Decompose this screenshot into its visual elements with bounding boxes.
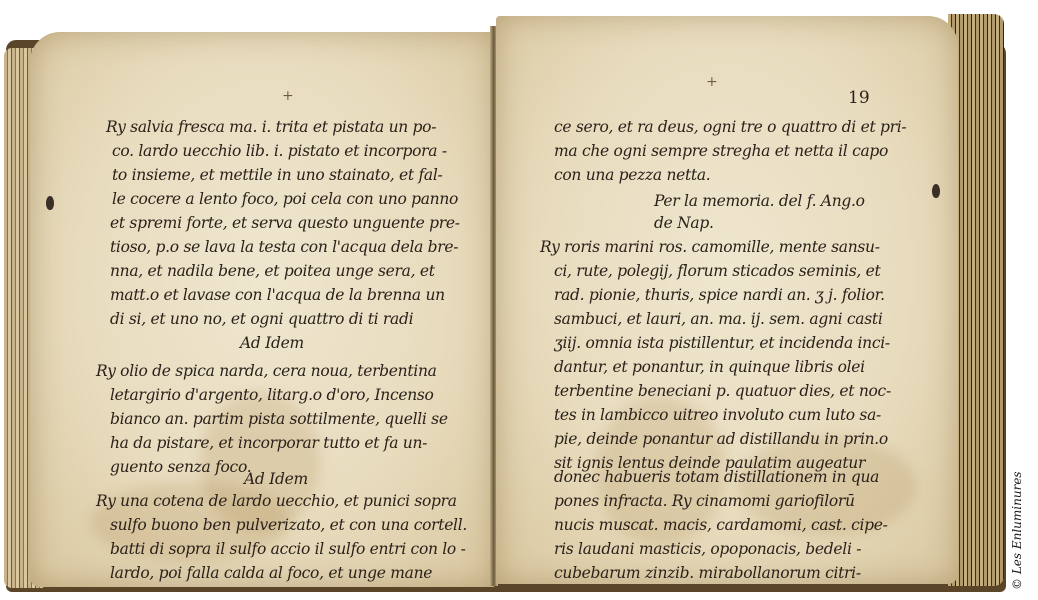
text-line: rad. pionie, thuris, spice nardi an. ʒ j… — [554, 286, 885, 304]
right-page: + 19 ce sero, et ra deus, ogni tre o qua… — [496, 16, 958, 584]
text-line: dantur, et ponantur, in quinque libris o… — [554, 358, 865, 376]
page-number: 19 — [848, 88, 870, 108]
section-heading: Ad Idem — [244, 470, 308, 488]
text-line: batti di sopra il sulfo accio il sulfo e… — [110, 540, 466, 558]
text-line: con una pezza netta. — [554, 166, 710, 184]
text-line: ris laudani masticis, opoponacis, bedeli… — [554, 540, 861, 558]
text-line: matt.o et lavase con l'acqua de la brenn… — [110, 286, 445, 304]
text-line: ʒiij. omnia ista pistillentur, et incide… — [554, 334, 890, 352]
text-line: cubebarum zinzib. mirabollanorum citri- — [554, 564, 861, 582]
text-line: pones infracta. Ry cinamomi gariofilorū — [554, 492, 855, 510]
text-line: co. lardo uecchio lib. i. pistato et inc… — [112, 142, 447, 160]
section-heading: de Nap. — [654, 214, 714, 232]
text-line: Ry olio de spica narda, cera noua, terbe… — [96, 362, 437, 380]
text-line: ce sero, et ra deus, ogni tre o quattro … — [554, 118, 906, 136]
text-line: nna, et nadila bene, et poitea unge sera… — [110, 262, 435, 280]
text-line: tioso, p.o se lava la testa con l'acqua … — [110, 238, 458, 256]
text-line: sambuci, et lauri, an. ma. ij. sem. agni… — [554, 310, 882, 328]
text-line: terbentine beneciani p. quatuor dies, et… — [554, 382, 891, 400]
text-line: Ry salvia fresca ma. i. trita et pistata… — [106, 118, 436, 136]
text-line: di si, et uno no, et ogni quattro di ti … — [110, 310, 413, 328]
text-line: ci, rute, polegij, florum sticados semin… — [554, 262, 880, 280]
ink-blot — [932, 184, 940, 198]
text-line: bianco an. partim pista sottilmente, que… — [110, 410, 448, 428]
text-line: et spremi forte, et serva questo unguent… — [110, 214, 460, 232]
ink-blot — [46, 196, 54, 210]
section-heading: Per la memoria. del f. Ang.o — [654, 192, 865, 210]
text-line: guento senza foco. — [110, 458, 251, 476]
section-heading: Ad Idem — [240, 334, 304, 352]
open-manuscript: + Ry salvia fresca ma. i. trita et pista… — [0, 0, 1038, 600]
top-cross-mark: + — [706, 74, 718, 90]
text-line: donec habueris totam distillationem in q… — [554, 468, 879, 486]
copyright-notice: © Les Enluminures — [1010, 471, 1024, 590]
text-line: sulfo buono ben pulverizato, et con una … — [110, 516, 467, 534]
left-page: + Ry salvia fresca ma. i. trita et pista… — [30, 32, 494, 587]
text-line: le cocere a lento foco, poi cela con uno… — [112, 190, 458, 208]
top-cross-mark: + — [282, 88, 294, 104]
text-line: pie, deinde ponantur ad distillandu in p… — [554, 430, 888, 448]
text-line: Ry roris marini ros. camomille, mente sa… — [540, 238, 880, 256]
text-line: lardo, poi falla calda al foco, et unge … — [110, 564, 432, 582]
text-line: nucis muscat. macis, cardamomi, cast. ci… — [554, 516, 888, 534]
text-line: ha da pistare, et incorporar tutto et fa… — [110, 434, 427, 452]
text-line: ma che ogni sempre stregha et netta il c… — [554, 142, 888, 160]
text-line: Ry una cotena de lardo uecchio, et punic… — [96, 492, 457, 510]
text-line: letargirio d'argento, litarg.o d'oro, In… — [110, 386, 434, 404]
text-line: to insieme, et mettile in uno stainato, … — [112, 166, 442, 184]
text-line: tes in lambicco uitreo involuto cum luto… — [554, 406, 881, 424]
